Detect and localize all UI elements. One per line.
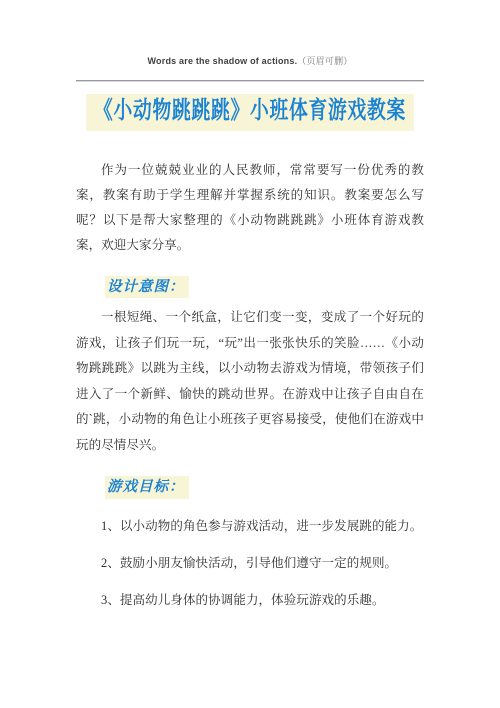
page-running-head: Words are the shadow of actions.（页眉可删） <box>0 0 500 67</box>
goal-item-2: 2、鼓励小朋友愉快活动，引导他们遵守一定的规则。 <box>76 552 424 574</box>
header-motto-text: Words are the shadow of actions. <box>148 56 298 66</box>
section-heading-design-intent-row: 设计意图： <box>76 276 424 299</box>
goal-item-3: 3、提高幼儿身体的协调能力，体验玩游戏的乐趣。 <box>76 589 424 611</box>
section-heading-game-goals: 游戏目标： <box>105 476 189 499</box>
document-page: Words are the shadow of actions.（页眉可删） 《… <box>0 0 500 708</box>
document-body: 作为一位兢兢业业的人民教师，常常要写一份优秀的教案，教案有助于学生理解并掌握系统… <box>0 158 500 612</box>
section-heading-design-intent: 设计意图： <box>105 276 189 299</box>
header-removal-note: （页眉可删） <box>297 56 352 66</box>
intro-paragraph: 作为一位兢兢业业的人民教师，常常要写一份优秀的教案，教案有助于学生理解并掌握系统… <box>76 158 424 258</box>
section-heading-game-goals-row: 游戏目标： <box>76 476 424 499</box>
title-row: 《小动物跳跳跳》小班体育游戏教案 <box>0 94 500 131</box>
document-title: 《小动物跳跳跳》小班体育游戏教案 <box>86 94 414 131</box>
header-divider-line <box>76 80 424 82</box>
goal-item-1: 1、以小动物的角色参与游戏活动，进一步发展跳的能力。 <box>76 515 424 537</box>
design-intent-paragraph: 一根短绳、一个纸盒，让它们变一变，变成了一个好玩的游戏，让孩子们玩一玩，“玩”出… <box>76 305 424 458</box>
